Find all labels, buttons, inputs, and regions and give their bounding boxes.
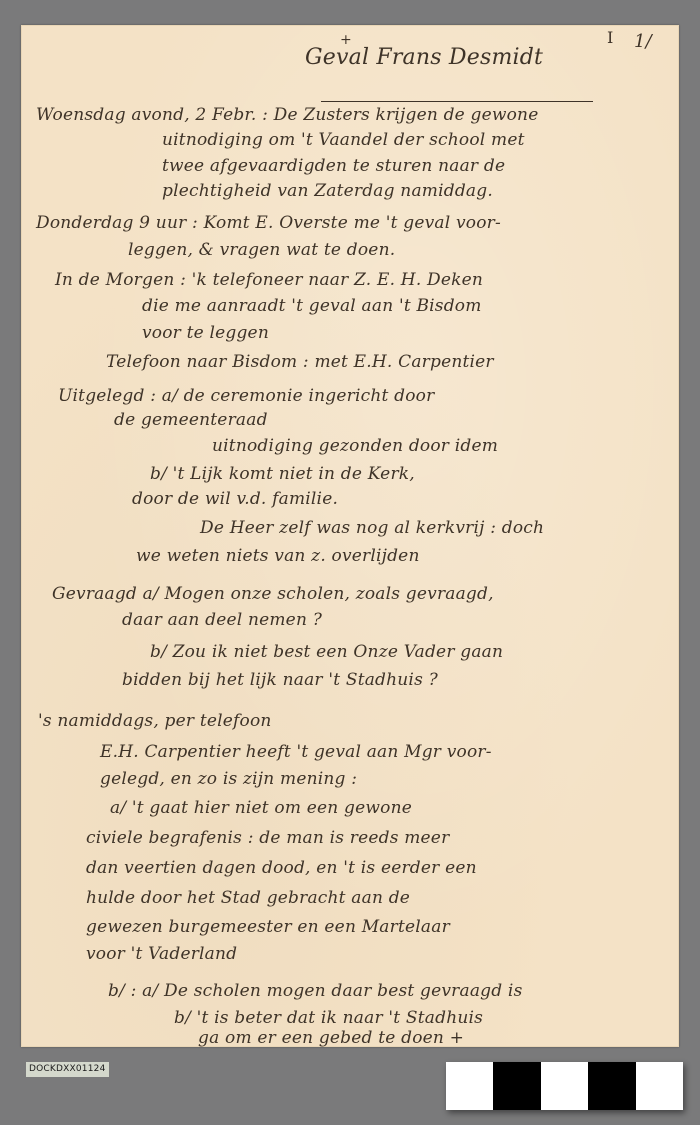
text-line: door de wil v.d. familie. [132, 489, 338, 509]
text-line: Donderdag 9 uur : Komt E. Overste me 't … [36, 213, 501, 233]
text-line: de gemeenteraad [114, 410, 268, 430]
calibration-block-black [588, 1062, 635, 1110]
text-line: we weten niets van z. overlijden [136, 546, 420, 566]
text-line: hulde door het Stad gebracht aan de [86, 888, 410, 908]
text-line: daar aan deel nemen ? [122, 610, 322, 630]
text-line: Woensdag avond, 2 Febr. : De Zusters kri… [36, 105, 538, 125]
text-line: dan veertien dagen dood, en 't is eerder… [86, 858, 477, 878]
text-line: ga om er een gebed te doen + [198, 1028, 464, 1048]
text-line: b/ : a/ De scholen mogen daar best gevra… [108, 981, 523, 1001]
text-line: uitnodiging om 't Vaandel der school met [162, 130, 525, 150]
text-line: b/ 't Lijk komt niet in de Kerk, [150, 464, 415, 484]
text-line: voor 't Vaderland [86, 944, 237, 964]
text-line: a/ 't gaat hier niet om een gewone [110, 798, 412, 818]
page-marker: 1/ [634, 32, 652, 52]
text-line: Telefoon naar Bisdom : met E.H. Carpenti… [106, 352, 494, 372]
archive-id-label: DOCKDXX01124 [26, 1062, 109, 1077]
page-title: Geval Frans Desmidt [305, 48, 543, 68]
calibration-block-white [541, 1062, 588, 1110]
text-line: In de Morgen : 'k telefoneer naar Z. E. … [55, 270, 483, 290]
text-line: plechtigheid van Zaterdag namiddag. [162, 181, 493, 201]
color-calibration-bar [446, 1062, 683, 1110]
text-line: Uitgelegd : a/ de ceremonie ingericht do… [58, 386, 434, 406]
text-line: gelegd, en zo is zijn mening : [100, 769, 357, 789]
calibration-block-white [446, 1062, 493, 1110]
manuscript-page: + Geval Frans Desmidt I 1/ Woensdag avon… [21, 25, 679, 1047]
text-line: leggen, & vragen wat te doen. [128, 240, 395, 260]
text-line: Gevraagd a/ Mogen onze scholen, zoals ge… [52, 584, 494, 604]
text-line: civiele begrafenis : de man is reeds mee… [86, 828, 449, 848]
text-line: uitnodiging gezonden door idem [212, 436, 498, 456]
text-line: b/ 't is beter dat ik naar 't Stadhuis [174, 1008, 483, 1028]
text-line: voor te leggen [142, 323, 269, 343]
text-line: die me aanraadt 't geval aan 't Bisdom [142, 296, 482, 316]
title-underline [321, 101, 593, 102]
text-line: gewezen burgemeester en een Martelaar [86, 917, 450, 937]
text-line: b/ Zou ik niet best een Onze Vader gaan [150, 642, 503, 662]
text-line: 's namiddags, per telefoon [38, 711, 272, 731]
text-line: twee afgevaardigden te sturen naar de [162, 156, 505, 176]
text-line: bidden bij het lijk naar 't Stadhuis ? [122, 670, 438, 690]
text-line: E.H. Carpentier heeft 't geval aan Mgr v… [100, 742, 492, 762]
page-number: I [607, 28, 614, 48]
calibration-block-black [493, 1062, 540, 1110]
text-line: De Heer zelf was nog al kerkvrij : doch [200, 518, 544, 538]
calibration-block-white [636, 1062, 683, 1110]
